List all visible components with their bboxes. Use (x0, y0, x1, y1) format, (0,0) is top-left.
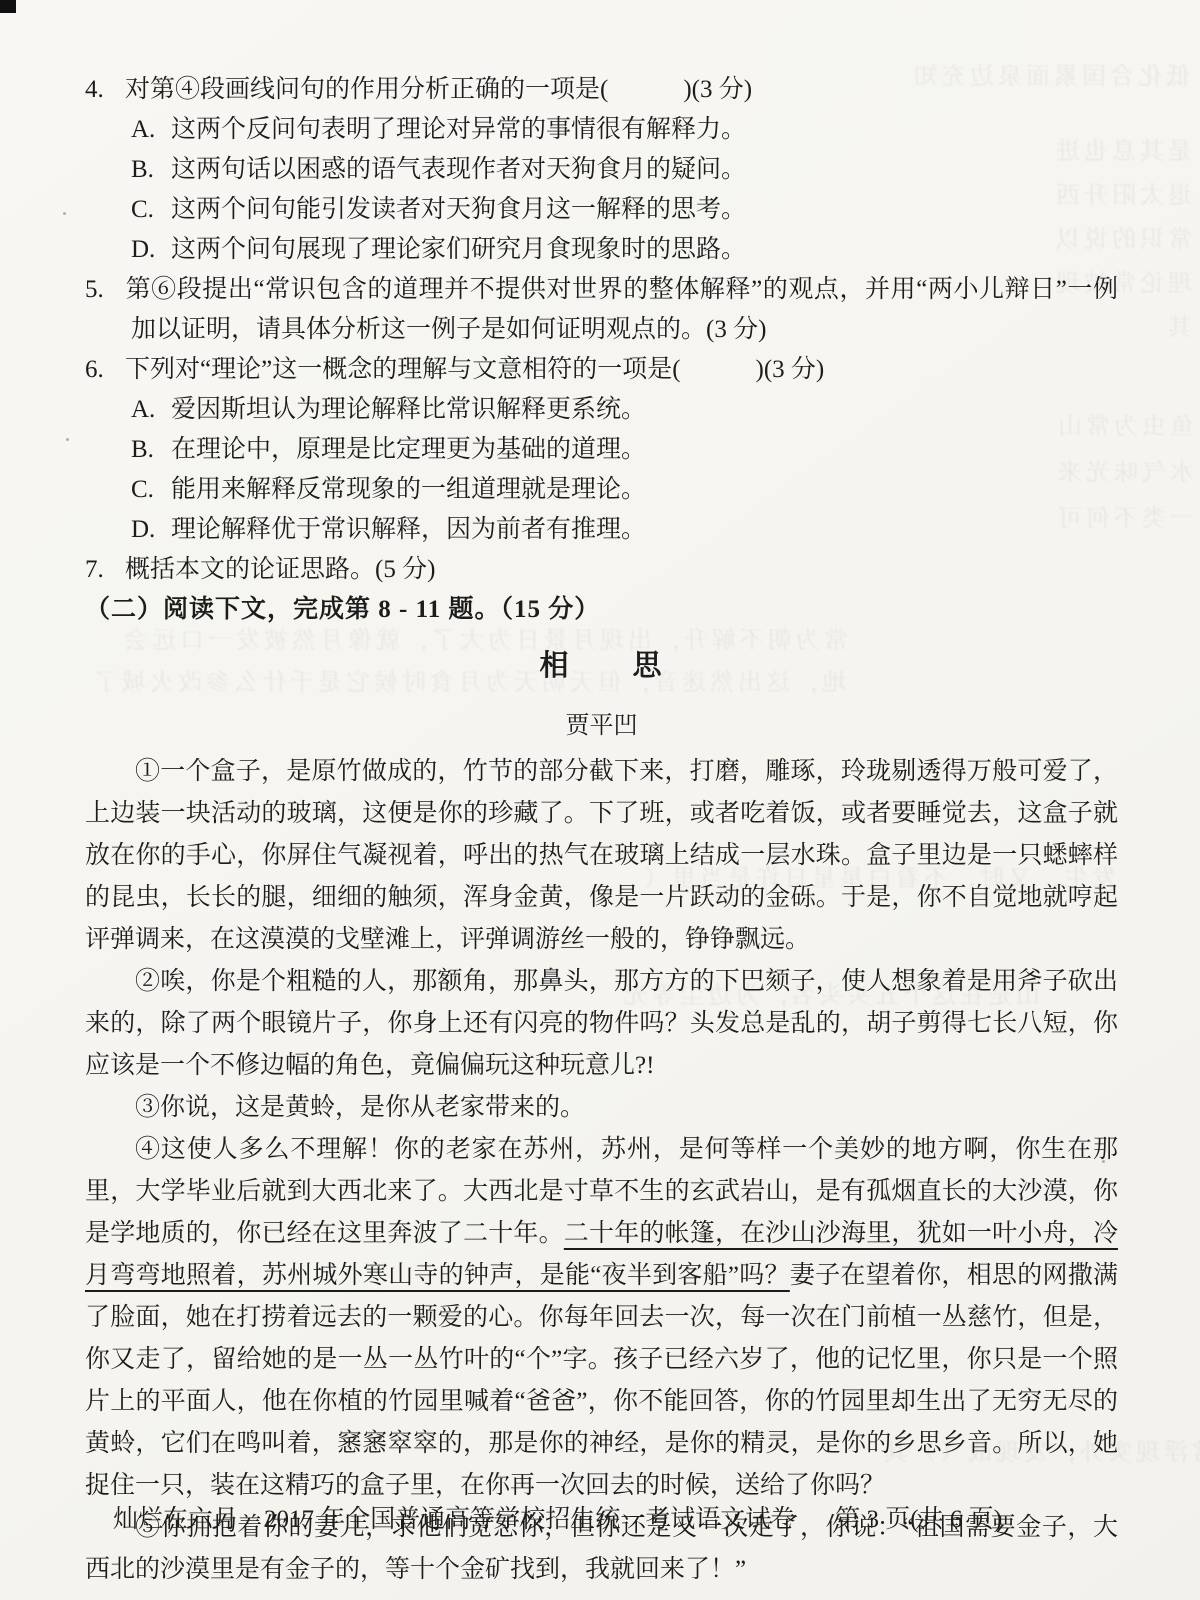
option-label: B. (131, 150, 171, 190)
question-6-option-a: A.爱因斯坦认为理论解释比常识解释更系统。 (131, 390, 1118, 430)
option-label: A. (131, 110, 171, 150)
option-text: 能用来解释反常现象的一组道理就是理论。 (171, 476, 646, 503)
question-4-stem: 对第④段画线问句的作用分析正确的一项是( )(3 分) (125, 76, 752, 103)
paragraph-4-plain: 妻子在望着你，相思的网撒满了脸面，她在打捞着远去的一颗爱的心。你每年回去一次，每… (85, 1262, 1118, 1499)
option-text: 这两个问句能引发读者对天狗食月这一解释的思考。 (171, 196, 746, 223)
exam-page: 低化合国累面泉边充知 是其息也进退太阳升西常识的说以理论常被现其 鱼虫为常山水气… (0, 0, 1200, 1600)
scan-speck (63, 212, 66, 215)
question-4-option-d: D.这两个问句展现了理论家们研究月食现象时的思路。 (131, 230, 1118, 270)
option-label: D. (131, 510, 171, 550)
passage-paragraph-2: ②唉，你是个粗糙的人，那额角，那鼻头，那方方的下巴颏子，使人想象着是用斧子砍出来… (85, 961, 1118, 1087)
scan-speck (66, 438, 69, 441)
essay-author: 贾平凹 (85, 707, 1118, 745)
option-text: 理论解释优于常识解释，因为前者有推理。 (171, 516, 646, 543)
question-6-number: 6. (85, 350, 125, 390)
passage-paragraph-1: ①一个盒子，是原竹做成的，竹节的部分截下来，打磨，雕琢，玲珑剔透得万般可爱了，上… (85, 751, 1118, 961)
question-7: 7.概括本文的论证思路。(5 分) (85, 550, 1118, 590)
option-label: B. (131, 430, 171, 470)
question-4-option-c: C.这两个问句能引发读者对天狗食月这一解释的思考。 (131, 190, 1118, 230)
essay-title: 相 思 (85, 644, 1118, 688)
question-4-option-a: A.这两个反问句表明了理论对异常的事情很有解释力。 (131, 110, 1118, 150)
page-content: 4.对第④段画线问句的作用分析正确的一项是( )(3 分) A.这两个反问句表明… (85, 70, 1118, 1591)
questions-section: 4.对第④段画线问句的作用分析正确的一项是( )(3 分) A.这两个反问句表明… (85, 70, 1118, 630)
option-text: 这两句话以困惑的语气表现作者对天狗食月的疑问。 (171, 156, 746, 183)
option-label: A. (131, 390, 171, 430)
option-text: 这两个问句展现了理论家们研究月食现象时的思路。 (171, 236, 746, 263)
question-6-option-c: C.能用来解释反常现象的一组道理就是理论。 (131, 470, 1118, 510)
reading-passage: 相 思 贾平凹 ①一个盒子，是原竹做成的，竹节的部分截下来，打磨，雕琢，玲珑剔透… (85, 644, 1118, 1591)
passage-paragraph-3: ③你说，这是黄蛉，是你从老家带来的。 (85, 1087, 1118, 1129)
question-4-number: 4. (85, 70, 125, 110)
option-label: D. (131, 230, 171, 270)
question-4-option-b: B.这两句话以困惑的语气表现作者对天狗食月的疑问。 (131, 150, 1118, 190)
option-label: C. (131, 470, 171, 510)
option-label: C. (131, 190, 171, 230)
footer-exam-title: 2017 年全国普通高等学校招生统一考试语文试卷 (264, 1502, 795, 1538)
option-text: 爱因斯坦认为理论解释比常识解释更系统。 (171, 396, 646, 423)
section-2-heading: （二）阅读下文，完成第 8 - 11 题。（15 分） (85, 590, 1118, 630)
footer-edition: 灿烂在六月 (113, 1502, 238, 1538)
passage-paragraph-4: ④这使人多么不理解！你的老家在苏州，苏州，是何等样一个美妙的地方啊，你生在那里，… (85, 1129, 1118, 1507)
question-5-stem: 第⑥段提出“常识包含的道理并不提供对世界的整体解释”的观点，并用“两小儿辩日”一… (125, 276, 1118, 343)
option-text: 在理论中，原理是比定理更为基础的道理。 (171, 436, 646, 463)
page-footer: 灿烂在六月 2017 年全国普通高等学校招生统一考试语文试卷 第 3 页(共 6… (113, 1502, 1090, 1538)
question-5-number: 5. (85, 270, 125, 310)
question-6: 6.下列对“理论”这一概念的理解与文意相符的一项是( )(3 分) (85, 350, 1118, 390)
question-6-stem: 下列对“理论”这一概念的理解与文意相符的一项是( )(3 分) (125, 356, 824, 383)
question-7-number: 7. (85, 550, 125, 590)
question-4: 4.对第④段画线问句的作用分析正确的一项是( )(3 分) (85, 70, 1118, 110)
question-6-option-b: B.在理论中，原理是比定理更为基础的道理。 (131, 430, 1118, 470)
question-6-option-d: D.理论解释优于常识解释，因为前者有推理。 (131, 510, 1118, 550)
option-text: 这两个反问句表明了理论对异常的事情很有解释力。 (171, 116, 746, 143)
footer-page-number: 第 3 页(共 6 页) (835, 1502, 1002, 1538)
question-7-stem: 概括本文的论证思路。(5 分) (125, 556, 435, 583)
scan-corner-mark (0, 0, 16, 13)
question-5: 5.第⑥段提出“常识包含的道理并不提供对世界的整体解释”的观点，并用“两小儿辩日… (85, 270, 1118, 350)
